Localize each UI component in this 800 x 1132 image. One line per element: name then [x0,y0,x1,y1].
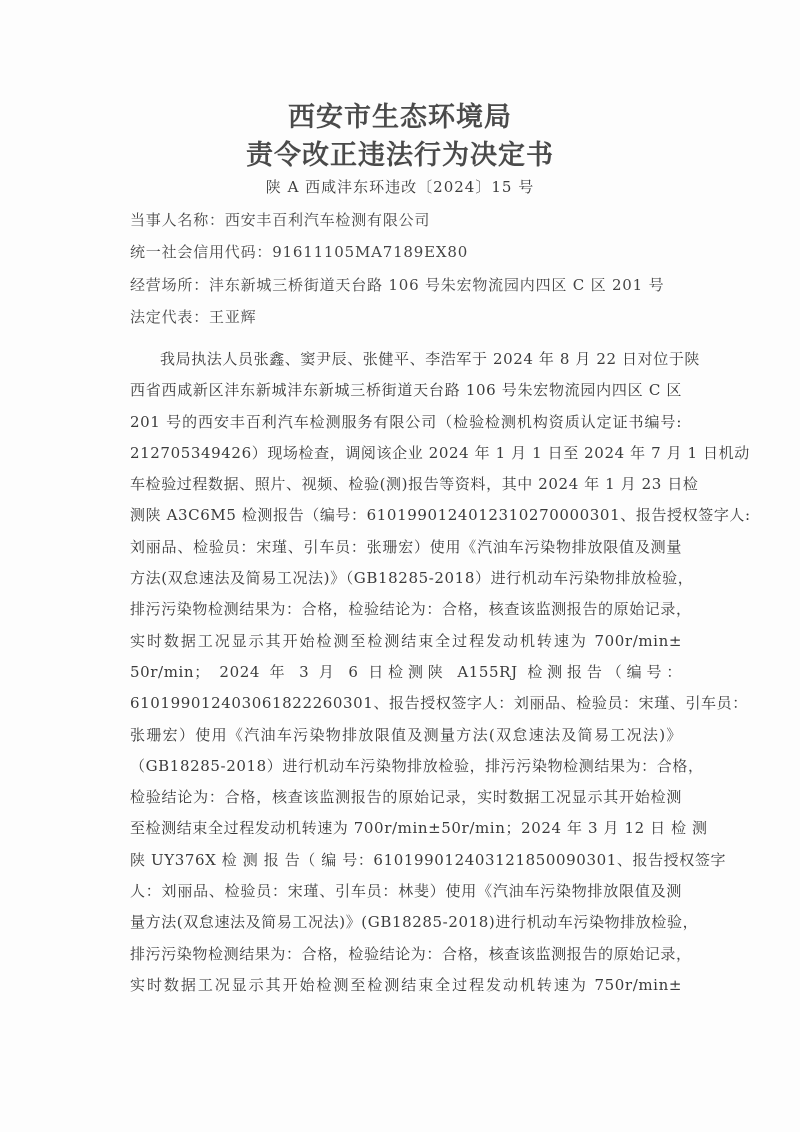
body-line: 张珊宏）使用《汽油车污染物排放限值及测量方法(双怠速法及简易工况法)》 [130,720,682,751]
issuer-heading: 西安市生态环境局 [0,95,800,134]
body-line: 量方法(双怠速法及简易工况法)》(GB18285-2018)进行机动车污染物排放… [130,907,682,938]
body-line: 方法(双怠速法及简易工况法)》（GB18285-2018）进行机动车污染物排放检… [130,563,682,594]
body-line: 50r/min； 2024 年 3 月 6 日检测陕 A155RJ 检测报告（编… [130,657,682,688]
address-field: 经营场所：沣东新城三桥街道天台路 106 号朱宏物流园内四区 C 区 201 号 [130,274,664,295]
credit-code-field: 统一社会信用代码：91611105MA7189EX80 [130,241,468,262]
document-title: 责令改正违法行为决定书 [0,133,800,172]
credit-code-value: 91611105MA7189EX80 [272,243,468,261]
body-line: 车检验过程数据、照片、视频、检验(测)报告等资料，其中 2024 年 1 月 2… [130,469,682,500]
body-line: 实时数据工况显示其开始检测至检测结束全过程发动机转速为 700r/min± [130,626,682,657]
party-name-label: 当事人名称： [130,211,225,229]
body-line: 610199012403061822260301、报告授权签字人：刘丽品、检验员… [130,688,682,719]
body-line: 检验结论为：合格，核查该监测报告的原始记录，实时数据工况显示其开始检测 [130,782,682,813]
body-line: 实时数据工况显示其开始检测至检测结束全过程发动机转速为 750r/min± [130,970,682,1001]
credit-code-label: 统一社会信用代码： [130,243,272,261]
legal-rep-value: 王亚辉 [209,308,256,326]
body-line: （GB18285-2018）进行机动车污染物排放检验，排污污染物检测结果为：合格… [130,751,682,782]
legal-rep-field: 法定代表：王亚辉 [130,306,256,327]
body-line: 人：刘丽品、检验员：宋瑾、引车员：林斐）使用《汽油车污染物排放限值及测 [130,876,682,907]
party-name-value: 西安丰百利汽车检测有限公司 [225,211,430,229]
body-line: 西省西咸新区沣东新城沣东新城三桥街道天台路 106 号朱宏物流园内四区 C 区 [130,375,682,406]
body-paragraph: 我局执法人员张鑫、窦尹辰、张健平、李浩军于 2024 年 8 月 22 日对位于… [130,344,682,1001]
body-line: 212705349426）现场检查，调阅该企业 2024 年 1 月 1 日至 … [130,438,682,469]
body-line: 排污污染物检测结果为：合格，检验结论为：合格，核查该监测报告的原始记录， [130,594,682,625]
document-page: 西安市生态环境局 责令改正违法行为决定书 陕 A 西咸沣东环违改〔2024〕15… [0,0,800,1132]
body-line: 排污污染物检测结果为：合格，检验结论为：合格，核查该监测报告的原始记录， [130,939,682,970]
body-line: 至检测结束全过程发动机转速为 700r/min±50r/min；2024 年 3… [130,813,682,844]
body-line: 我局执法人员张鑫、窦尹辰、张健平、李浩军于 2024 年 8 月 22 日对位于… [130,344,682,375]
body-line: 201 号的西安丰百利汽车检测服务有限公司（检验检测机构资质认定证书编号: [130,407,682,438]
body-line: 刘丽品、检验员：宋瑾、引车员：张珊宏）使用《汽油车污染物排放限值及测量 [130,532,682,563]
party-name-field: 当事人名称：西安丰百利汽车检测有限公司 [130,209,430,230]
document-number: 陕 A 西咸沣东环违改〔2024〕15 号 [0,176,800,197]
legal-rep-label: 法定代表： [130,308,209,326]
address-value: 沣东新城三桥街道天台路 106 号朱宏物流园内四区 C 区 201 号 [209,276,664,294]
body-line: 陕 UY376X 检 测 报 告（ 编 号：610199012403121850… [130,845,682,876]
address-label: 经营场所： [130,276,209,294]
body-line: 测陕 A3C6M5 检测报告（编号：6101990124012310270000… [130,500,682,531]
